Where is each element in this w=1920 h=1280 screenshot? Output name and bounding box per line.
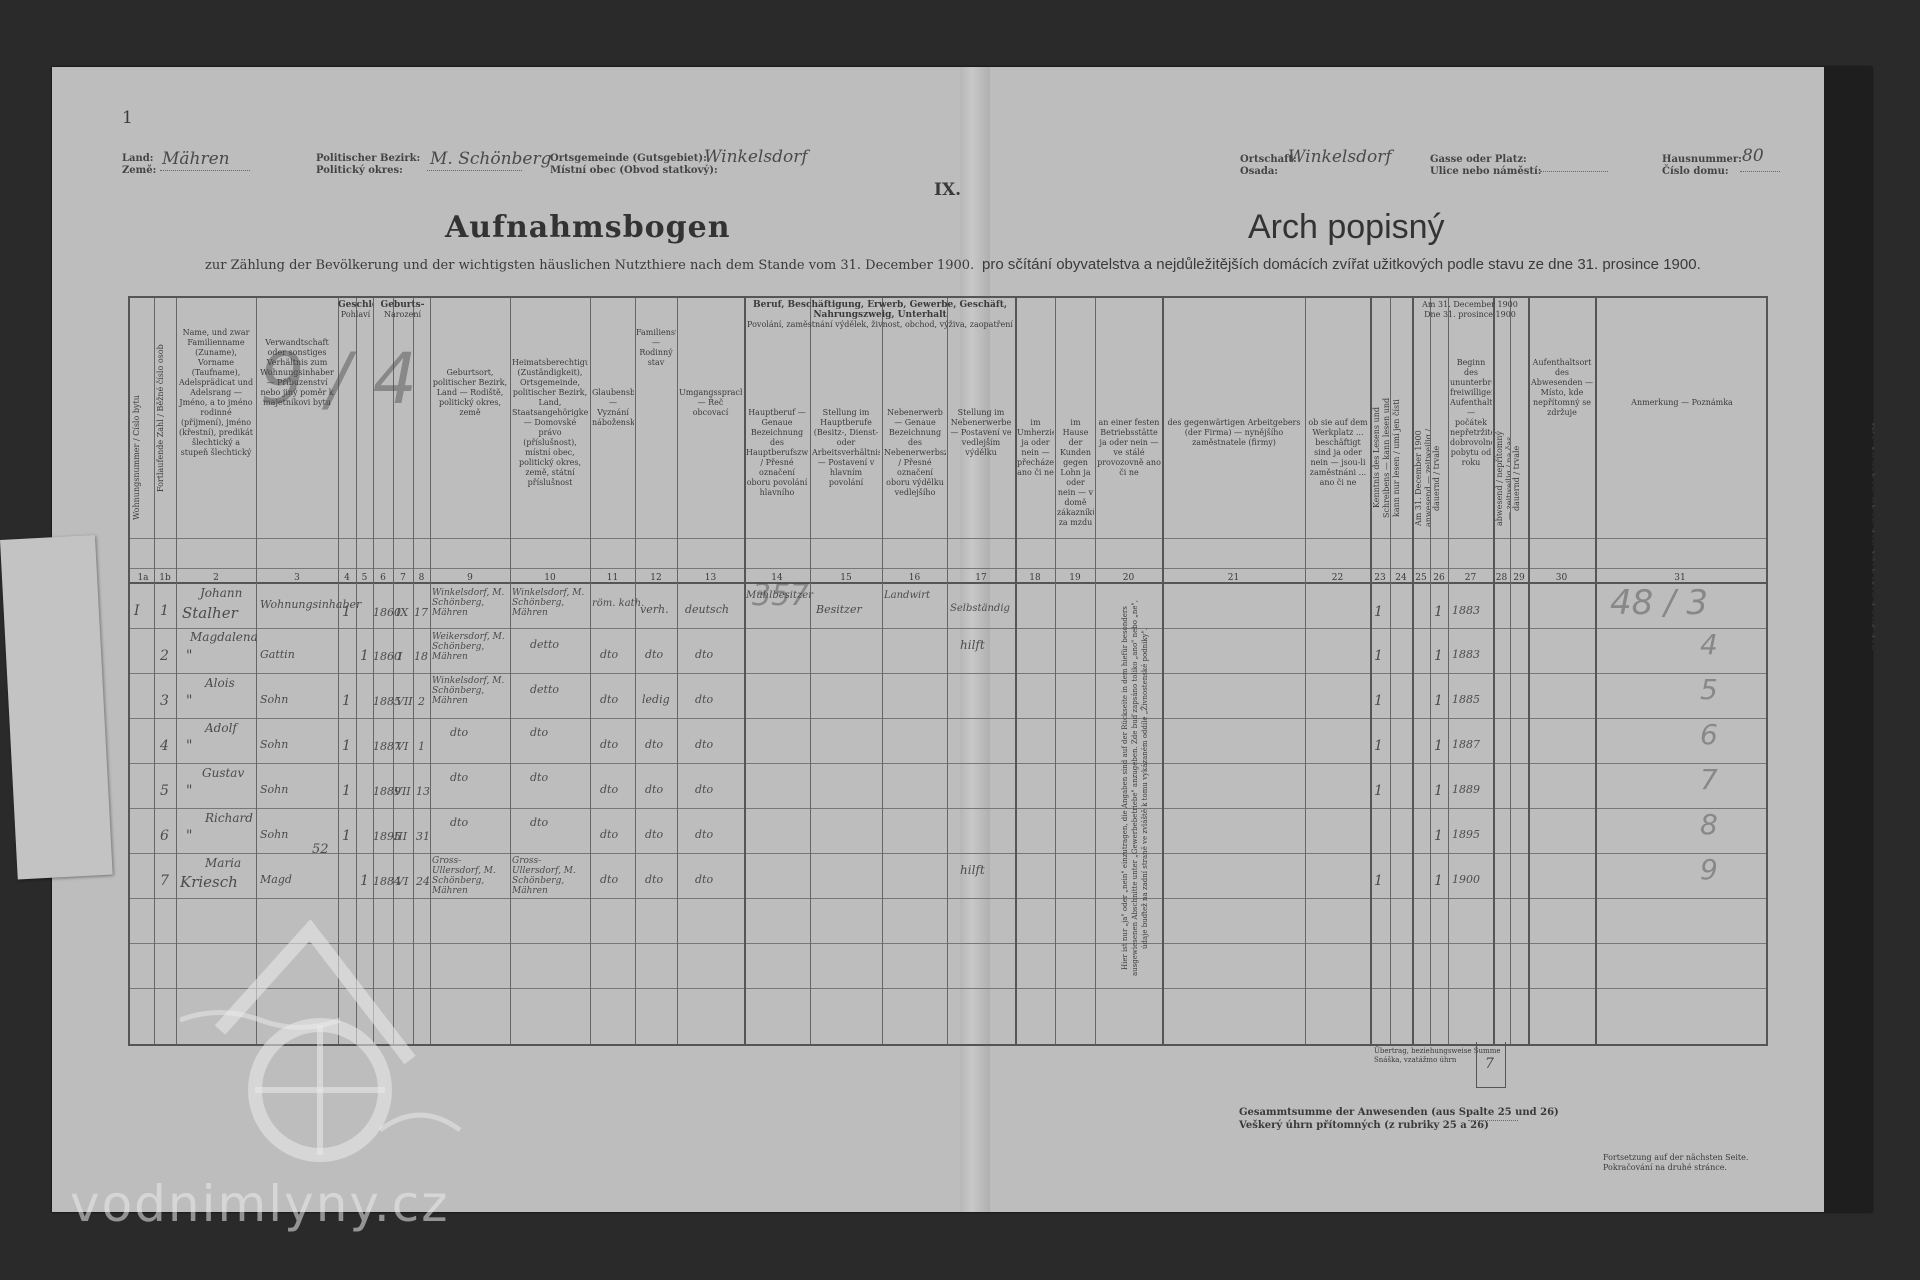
colnum: 17 [947, 573, 1015, 583]
colnum: 5 [356, 573, 373, 583]
col-line [1510, 298, 1511, 1044]
residence-since: 1885 [1452, 693, 1480, 706]
birth-month: III [394, 830, 407, 843]
col-line [1305, 298, 1306, 1044]
person-number: 2 [160, 648, 169, 664]
pencil-mark-header: 9 / 4 [260, 338, 417, 420]
present-temporary: 1 [1374, 738, 1383, 754]
bezirk-line [427, 170, 522, 171]
col-line [1162, 298, 1164, 1044]
birth-day: 31 [416, 830, 430, 843]
header-col-31: Anmerkung — Poznámka [1597, 398, 1767, 408]
colnum: 28 [1493, 573, 1510, 583]
col-line [154, 298, 155, 1044]
heimat: dto [530, 816, 548, 829]
person-number: 6 [160, 828, 169, 844]
header-col-18: im Umherziehen ja oder nein — přecházení… [1017, 418, 1054, 528]
colnum: 13 [677, 573, 744, 583]
birthplace: Weikersdorf, M. Schönberg, Mähren [432, 632, 508, 662]
residence-since: 1889 [1452, 783, 1480, 796]
total-present-label: Gesammtsumme der Anwesenden (aus Spalte … [1239, 1106, 1559, 1132]
side-position: hilft [960, 638, 985, 652]
birth-month: IX [396, 606, 408, 619]
relation: Sohn [260, 738, 288, 751]
colnum: 16 [882, 573, 947, 583]
birth-day: 13 [416, 785, 430, 798]
colnum: 1a [132, 573, 154, 583]
header-col-10: Heimatsberechtigung (Zuständigkeit), Ort… [512, 358, 588, 528]
relation: Sohn [260, 693, 288, 706]
colnum: 18 [1015, 573, 1055, 583]
present-temporary: 1 [1374, 873, 1383, 889]
birth-day: 24 [416, 875, 430, 888]
header-col-12: Familienstand — Rodinný stav [636, 328, 676, 528]
present-temporary: 1 [1374, 604, 1383, 620]
col-line [882, 298, 883, 1044]
colnum: 22 [1305, 573, 1370, 583]
land-label: Land:Země: [122, 153, 156, 177]
present-temporary: 1 [1374, 693, 1383, 709]
residence-since: 1887 [1452, 738, 1480, 751]
header-date-group: Am 31. December 1900Dne 31. prosince 190… [1414, 300, 1526, 320]
marital-status: dto [645, 648, 663, 661]
surname: " [186, 648, 192, 664]
colnum: 30 [1528, 573, 1595, 583]
person-number: 3 [160, 693, 169, 709]
header-col-23: Kenntnis des Lesens und Schreibens — kan… [1372, 388, 1389, 528]
hausnummer-value: 80 [1742, 146, 1764, 166]
header-col-15: Stellung im Hauptberufe (Besitz-, Dienst… [812, 408, 880, 528]
pencil-mark-52: 52 [312, 842, 329, 857]
language: dto [695, 783, 713, 796]
remark-pencil: 7 [1700, 763, 1718, 796]
colnum: 21 [1162, 573, 1305, 583]
colnum: 23 [1370, 573, 1390, 583]
birthplace: dto [450, 816, 468, 829]
religion: dto [600, 828, 618, 841]
relation: Gattin [260, 648, 295, 661]
land-value: Mähren [162, 149, 230, 169]
col-line [1448, 298, 1449, 1044]
colnum: 26 [1430, 573, 1448, 583]
total-box-value: 7 [1485, 1056, 1494, 1072]
present-temporary: 1 [1374, 648, 1383, 664]
marital-status: dto [645, 873, 663, 886]
header-col-13: Umgangssprache — Řeč obcovací [679, 388, 742, 418]
header-col-17: Stellung im Nebenerwerbe — Postavení ve … [949, 408, 1013, 528]
remark-pencil: 8 [1700, 808, 1718, 841]
title-german: Aufnahmsbogen [445, 210, 731, 245]
remark-pencil: 48 / 3 [1610, 583, 1708, 623]
side-occupation: Landwirt [884, 590, 930, 601]
birthplace: Winkelsdorf, M. Schönberg, Mähren [432, 676, 508, 706]
present-permanent: 1 [1434, 693, 1443, 709]
gasse-label: Gasse oder Platz:Ulice nebo náměstí: [1430, 154, 1541, 178]
birth-month: I [398, 650, 402, 663]
first-name: Richard [205, 811, 253, 825]
birth-year: 1860 [373, 650, 401, 663]
marital-status: verh. [640, 603, 669, 616]
male: 1 [342, 738, 351, 754]
language: dto [695, 738, 713, 751]
watermill-watermark-icon [180, 920, 480, 1200]
heimat: Winkelsdorf, M. Schönberg, Mähren [512, 588, 588, 618]
colnum: 29 [1510, 573, 1528, 583]
birth-day: 2 [418, 695, 425, 708]
col-line [677, 298, 678, 1044]
header-col-16: Nebenerwerb — Genaue Bezeichnung des Neb… [884, 408, 946, 528]
heimat: dto [530, 771, 548, 784]
attached-paper-slip [0, 535, 113, 880]
gasse-line [1540, 171, 1608, 172]
total-present-line [1468, 1120, 1518, 1121]
present-permanent: 1 [1434, 828, 1443, 844]
marital-status: dto [645, 828, 663, 841]
ortschaft-value: Winkelsdorf [1288, 147, 1392, 167]
bezirk-label: Politischer Bezirk:Politický okres: [316, 153, 420, 177]
subtitle-german: zur Zählung der Bevölkerung und der wich… [205, 258, 974, 273]
heimat: detto [530, 638, 559, 651]
birth-month: VII [394, 785, 411, 798]
surname: " [186, 783, 192, 799]
colnum: 31 [1595, 573, 1765, 583]
col-line [1430, 298, 1431, 1044]
heimat: dto [530, 726, 548, 739]
row-line [130, 763, 1766, 764]
side-position: hilft [960, 863, 985, 877]
person-number: 1 [160, 603, 169, 619]
heimat: detto [530, 683, 559, 696]
birth-month: VII [396, 695, 413, 708]
colnum: 9 [430, 573, 510, 583]
religion: dto [600, 738, 618, 751]
relation: Sohn [260, 783, 288, 796]
language: dto [695, 648, 713, 661]
col-line [1055, 298, 1056, 1044]
header-col-26: dauernd / trvale [1432, 428, 1448, 528]
heimat: Gross-Ullersdorf, M. Schönberg, Mähren [512, 856, 588, 896]
present-permanent: 1 [1434, 738, 1443, 754]
colnum: 11 [590, 573, 635, 583]
ortsgemeinde-value: Winkelsdorf [704, 147, 808, 167]
religion: dto [600, 693, 618, 706]
surname: " [186, 693, 192, 709]
land-line [160, 170, 250, 171]
col-line [1390, 298, 1391, 1044]
hausnummer-line [1740, 171, 1780, 172]
side-position: Selbständig [950, 603, 1010, 614]
header-col-11: Glaubensbekenntnis — Vyznání náboženské [592, 388, 634, 428]
religion: dto [600, 873, 618, 886]
watermark-text: vodnimlyny.cz [70, 1175, 449, 1233]
position: Besitzer [816, 603, 862, 616]
total-box: 7 [1476, 1042, 1506, 1088]
colnum: 2 [176, 573, 256, 583]
surname: Stalher [182, 604, 238, 622]
birth-month: VI [396, 740, 408, 753]
continue-note: Fortsetzung auf der nächsten Seite.Pokra… [1603, 1153, 1748, 1173]
header-col-20: an einer festen Betriebsstätte ja oder n… [1097, 418, 1161, 528]
header-col-29: dauernd / trvale [1512, 428, 1527, 528]
birthplace: Gross-Ullersdorf, M. Schönberg, Mähren [432, 856, 508, 896]
header-col-9: Geburtsort, politischer Bezirk, Land — R… [432, 368, 508, 418]
colnum: 25 [1412, 573, 1430, 583]
header-col-1b: Fortlaufende Zahl / Běžné číslo osob [156, 308, 174, 528]
male: 1 [342, 828, 351, 844]
row-line [130, 673, 1766, 674]
colnum: 12 [635, 573, 677, 583]
col-line [1095, 298, 1096, 1044]
person-number: 5 [160, 783, 169, 799]
header-col-25: Am 31. December 1900 anwesend — zeitweil… [1414, 428, 1430, 528]
first-name: Johann [200, 586, 242, 600]
present-permanent: 1 [1434, 648, 1443, 664]
birthplace: dto [450, 726, 468, 739]
surname: " [186, 828, 192, 844]
col-line [510, 298, 511, 1044]
residence-since: 1883 [1452, 648, 1480, 661]
row-line [130, 898, 1766, 899]
col-line [1595, 298, 1597, 1044]
remark-pencil: 6 [1700, 718, 1718, 751]
header-col-19: im Hause der Kunden gegen Lohn ja oder n… [1057, 418, 1094, 528]
marital-status: dto [645, 783, 663, 796]
birth-day: 17 [414, 606, 428, 619]
birth-day: 1 [418, 740, 425, 753]
col-line [1015, 298, 1017, 1044]
first-name: Adolf [205, 721, 237, 735]
col-line [810, 298, 811, 1044]
surname: " [186, 738, 192, 754]
first-name: Gustav [202, 766, 244, 780]
col-line [947, 298, 948, 1044]
row-line [130, 808, 1766, 809]
sheet-number: IX. [934, 180, 961, 200]
header-col-6-8: Geburts-Narození [375, 300, 430, 320]
col-line [1493, 298, 1495, 1044]
header-col-27: Beginn des ununterbrochenen freiwilligen… [1450, 358, 1492, 528]
relation: Sohn [260, 828, 288, 841]
religion: dto [600, 783, 618, 796]
subtitle-czech: pro sčítání obyvatelstva a nejdůležitějš… [982, 256, 1701, 273]
present-permanent: 1 [1434, 604, 1443, 620]
colnum: 7 [393, 573, 413, 583]
marital-status: ledig [642, 693, 670, 706]
present-permanent: 1 [1434, 783, 1443, 799]
person-number: 7 [160, 873, 169, 889]
header-col-24: kann nur lesen / umí jen čísti [1392, 388, 1410, 528]
female: 1 [360, 648, 369, 664]
header-col-22: ob sie auf dem Werkplatz ... beschäftigt… [1307, 418, 1369, 528]
marital-status: dto [645, 738, 663, 751]
surname: Kriesch [180, 873, 238, 891]
present-permanent: 1 [1434, 873, 1443, 889]
title-czech: Arch popisný [1248, 208, 1445, 247]
residence-since: 1895 [1452, 828, 1480, 841]
colnum-divider [130, 568, 1766, 569]
colnum: 24 [1390, 573, 1412, 583]
page-number: 1 [122, 108, 133, 128]
residence-since: 1900 [1452, 873, 1480, 886]
row-line [130, 718, 1766, 719]
col-line [590, 298, 591, 1044]
scan-edge [1824, 67, 1872, 1212]
row-line [130, 853, 1766, 854]
religion: dto [600, 648, 618, 661]
first-name: Maria [205, 856, 241, 870]
col-line [176, 298, 177, 1044]
male: 1 [342, 604, 351, 620]
hausnummer-label: Hausnummer:Číslo domu: [1662, 154, 1742, 178]
header-col-2: Name, und zwar Familienname (Zuname), Vo… [178, 328, 254, 528]
relation: Magd [260, 873, 292, 886]
language: dto [695, 873, 713, 886]
colnum: 20 [1095, 573, 1162, 583]
col-line [1412, 298, 1414, 1044]
colnum: 10 [510, 573, 590, 583]
language: dto [695, 693, 713, 706]
header-beruf-group: Beruf, Beschäftigung, Erwerb, Gewerbe, G… [746, 300, 1014, 330]
ortsgemeinde-label: Ortsgemeinde (Gutsgebiet):Místní obec (O… [550, 153, 718, 177]
remark-pencil: 5 [1700, 673, 1718, 706]
male: 1 [342, 693, 351, 709]
remark-pencil: 4 [1700, 628, 1718, 661]
header-col-4-5: GeschlechtPohlaví [338, 300, 373, 320]
person-number: 4 [160, 738, 169, 754]
religion: röm. kath. [592, 598, 644, 609]
birth-month: VI [396, 875, 408, 888]
colnum: 19 [1055, 573, 1095, 583]
instruction-note-col20: Hier ist nur „ja" oder „nein" einzutrage… [1120, 593, 1150, 983]
female: 1 [360, 873, 369, 889]
residence-since: 1883 [1452, 604, 1480, 617]
header-col-1a: Wohnungsnummer / Číslo bytu [132, 388, 152, 528]
header-col-14: Hauptberuf — Genaue Bezeichnung des Haup… [746, 408, 808, 528]
bezirk-value: M. Schönberg [430, 149, 551, 169]
present-temporary: 1 [1374, 783, 1383, 799]
language: deutsch [685, 603, 729, 616]
colnum: 27 [1448, 573, 1493, 583]
colnum: 8 [413, 573, 430, 583]
header-col-21: des gegenwärtigen Arbeitgebers (der Firm… [1164, 418, 1304, 528]
header-col-30: Aufenthaltsort des Abwesenden — Místo, k… [1530, 358, 1594, 528]
pencil-mark-occupation-code: 357 [752, 578, 809, 613]
row-line [130, 628, 1766, 629]
apt-number: I [134, 603, 140, 619]
birth-day: 18 [414, 650, 428, 663]
first-name: Alois [205, 676, 235, 690]
remark-pencil: 9 [1700, 853, 1718, 886]
colnum: 6 [373, 573, 393, 583]
male: 1 [342, 783, 351, 799]
colnum: 3 [256, 573, 338, 583]
colnum: 15 [810, 573, 882, 583]
language: dto [695, 828, 713, 841]
header-divider [130, 538, 1766, 539]
colnum: 4 [338, 573, 356, 583]
colnum: 1b [154, 573, 176, 583]
header-col-28: abwesend / nepřítomný — zeitweilig / na … [1495, 428, 1510, 528]
birthplace: Winkelsdorf, M. Schönberg, Mähren [432, 588, 508, 618]
first-name: Magdalena [190, 630, 258, 644]
birthplace: dto [450, 771, 468, 784]
